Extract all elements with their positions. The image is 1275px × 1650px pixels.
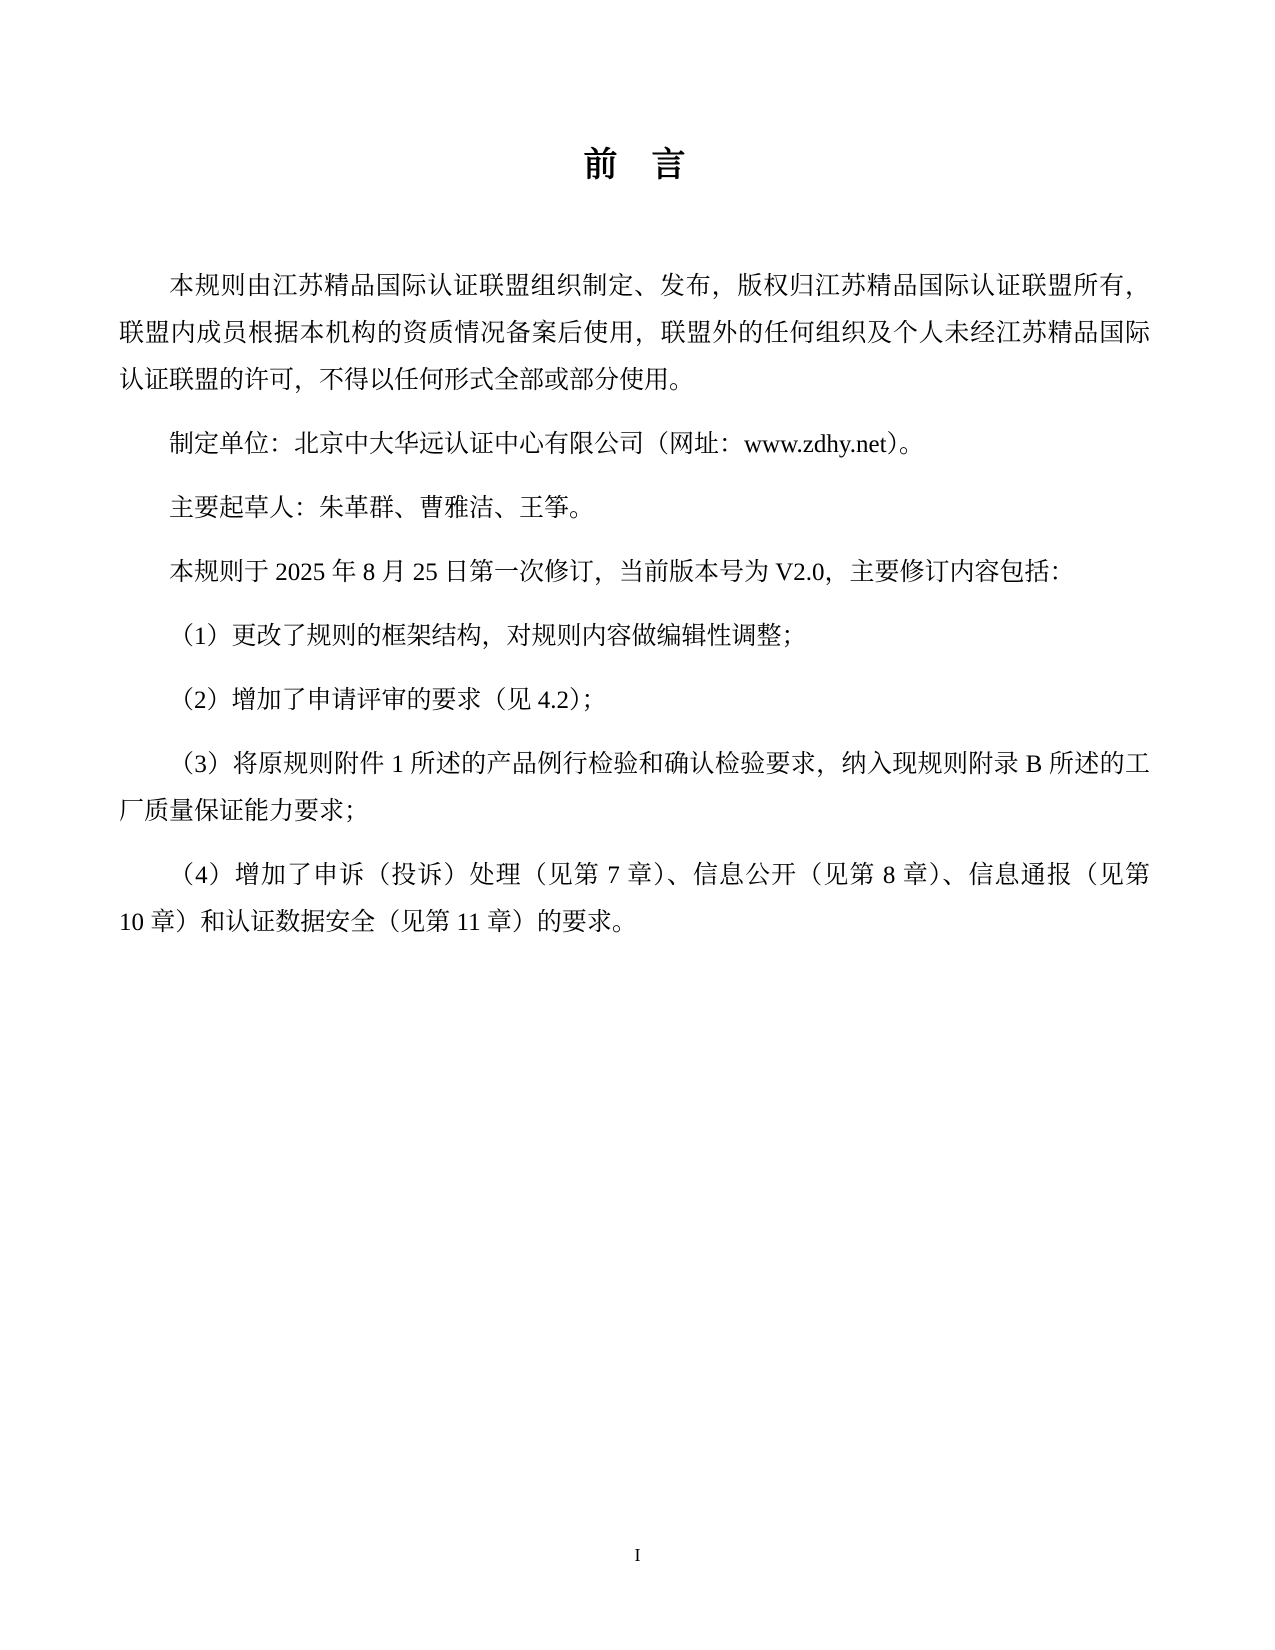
paragraph-line: （1）更改了规则的框架结构，对规则内容做编辑性调整；	[119, 613, 1150, 660]
document-content: 前 言 本规则由江苏精品国际认证联盟组织制定、发布，版权归江苏精品国际认证联盟所…	[119, 0, 1150, 963]
document-body: 本规则由江苏精品国际认证联盟组织制定、发布，版权归江苏精品国际认证联盟所有， 联…	[119, 263, 1150, 946]
paragraph-drafters: 主要起草人：朱革群、曹雅洁、王筝。	[119, 485, 1150, 532]
paragraph-line: （2）增加了申请评审的要求（见 4.2）；	[119, 677, 1150, 724]
paragraph-line: 厂质量保证能力要求；	[119, 788, 1150, 835]
paragraph-revision-intro: 本规则于 2025 年 8 月 25 日第一次修订，当前版本号为 V2.0，主要…	[119, 549, 1150, 596]
paragraph-line: 主要起草人：朱革群、曹雅洁、王筝。	[119, 485, 1150, 532]
paragraph-line: 联盟内成员根据本机构的资质情况备案后使用，联盟外的任何组织及个人未经江苏精品国际	[119, 310, 1150, 357]
paragraph-line: （3）将原规则附件 1 所述的产品例行检验和确认检验要求，纳入现规则附录 B 所…	[119, 741, 1150, 788]
paragraph-revision-item-2: （2）增加了申请评审的要求（见 4.2）；	[119, 677, 1150, 724]
paragraph-line: （4）增加了申诉（投诉）处理（见第 7 章）、信息公开（见第 8 章）、信息通报…	[119, 852, 1150, 899]
paragraph-issuing-unit: 制定单位：北京中大华远认证中心有限公司（网址：www.zdhy.net）。	[119, 421, 1150, 468]
paragraph-line: 本规则于 2025 年 8 月 25 日第一次修订，当前版本号为 V2.0，主要…	[119, 549, 1150, 596]
page-number: I	[0, 1545, 1275, 1565]
paragraph-line: 制定单位：北京中大华远认证中心有限公司（网址：www.zdhy.net）。	[119, 421, 1150, 468]
paragraph-copyright: 本规则由江苏精品国际认证联盟组织制定、发布，版权归江苏精品国际认证联盟所有， 联…	[119, 263, 1150, 404]
paragraph-revision-item-4: （4）增加了申诉（投诉）处理（见第 7 章）、信息公开（见第 8 章）、信息通报…	[119, 852, 1150, 946]
paragraph-revision-item-3: （3）将原规则附件 1 所述的产品例行检验和确认检验要求，纳入现规则附录 B 所…	[119, 741, 1150, 835]
document-title: 前 言	[119, 140, 1150, 190]
paragraph-revision-item-1: （1）更改了规则的框架结构，对规则内容做编辑性调整；	[119, 613, 1150, 660]
paragraph-line: 10 章）和认证数据安全（见第 11 章）的要求。	[119, 899, 1150, 946]
paragraph-line: 本规则由江苏精品国际认证联盟组织制定、发布，版权归江苏精品国际认证联盟所有，	[119, 263, 1150, 310]
document-page: 前 言 本规则由江苏精品国际认证联盟组织制定、发布，版权归江苏精品国际认证联盟所…	[0, 0, 1275, 1650]
paragraph-line: 认证联盟的许可，不得以任何形式全部或部分使用。	[119, 357, 1150, 404]
